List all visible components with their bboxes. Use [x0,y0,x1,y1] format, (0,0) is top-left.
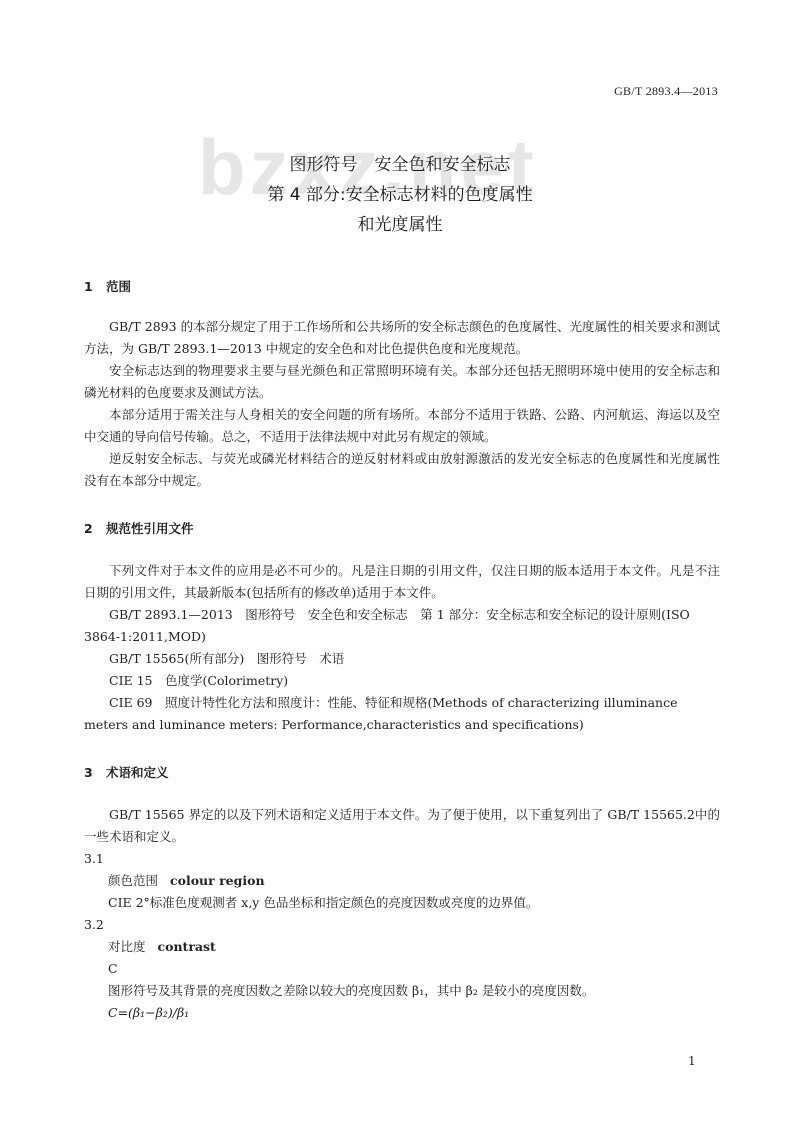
section-heading-terms: 3术语和定义 [84,762,720,784]
paragraph: 逆反射安全标志、与荧光或磷光材料结合的逆反射材料或由放射源激活的发光安全标志的色… [84,448,720,492]
document-body: 1范围 GB/T 2893 的本部分规定了用于工作场所和公共场所的安全标志颜色的… [84,276,720,1024]
term-definition: CIE 2°标准色度观测者 x,y 色品坐标和指定颜色的亮度因数或亮度的边界值。 [108,892,720,914]
paragraph: 安全标志达到的物理要求主要与昼光颜色和正常照明环境有关。本部分还包括无照明环境中… [84,360,720,404]
paragraph: GB/T 15565 界定的以及下列术语和定义适用于本文件。为了便于使用，以下重… [84,804,720,848]
title-line-1: 图形符号 安全色和安全标志 [0,150,800,180]
section-heading-normative-references: 2规范性引用文件 [84,518,720,540]
document-page: GB/T 2893.4—2013 bzxz.net 图形符号 安全色和安全标志 … [0,0,800,1130]
paragraph: GB/T 2893 的本部分规定了用于工作场所和公共场所的安全标志颜色的色度属性… [84,316,720,360]
paragraph: 下列文件对于本文件的应用是必不可少的。凡是注日期的引用文件，仅注日期的版本适用于… [84,560,720,604]
section-heading-scope: 1范围 [84,276,720,298]
section-number: 3 [84,762,106,784]
section-title: 范围 [106,279,131,294]
section-title: 术语和定义 [106,765,169,780]
paragraph: 本部分适用于需关注与人身相关的安全问题的所有场所。本部分不适用于铁路、公路、内河… [84,404,720,448]
term-formula: C=(β₁−β₂)/β₁ [108,1002,720,1024]
section-number: 2 [84,518,106,540]
term-number: 3.2 [84,914,720,936]
title-line-2: 第 4 部分:安全标志材料的色度属性 [0,180,800,210]
term-definition: 图形符号及其背景的亮度因数之差除以较大的亮度因数 β₁，其中 β₂ 是较小的亮度… [108,980,720,1002]
reference-item: CIE 69 照度计特性化方法和照度计：性能、特征和规格(Methods of … [84,692,720,736]
standard-code: GB/T 2893.4—2013 [614,84,718,99]
term-zh: 对比度 [108,939,146,954]
term-en: colour region [170,873,265,888]
reference-item: CIE 15 色度学(Colorimetry) [84,670,720,692]
term-zh: 颜色范围 [108,873,158,888]
section-number: 1 [84,276,106,298]
section-title: 规范性引用文件 [106,521,194,536]
reference-item: GB/T 15565(所有部分) 图形符号 术语 [84,648,720,670]
title-line-3: 和光度属性 [0,210,800,240]
reference-item: GB/T 2893.1—2013 图形符号 安全色和安全标志 第 1 部分：安全… [84,604,720,648]
page-number: 1 [688,1054,696,1068]
term-name: 颜色范围colour region [108,870,720,892]
term-en: contrast [158,939,216,954]
term-symbol: C [108,958,720,980]
document-title: 图形符号 安全色和安全标志 第 4 部分:安全标志材料的色度属性 和光度属性 [0,150,800,240]
term-name: 对比度contrast [108,936,720,958]
term-number: 3.1 [84,848,720,870]
